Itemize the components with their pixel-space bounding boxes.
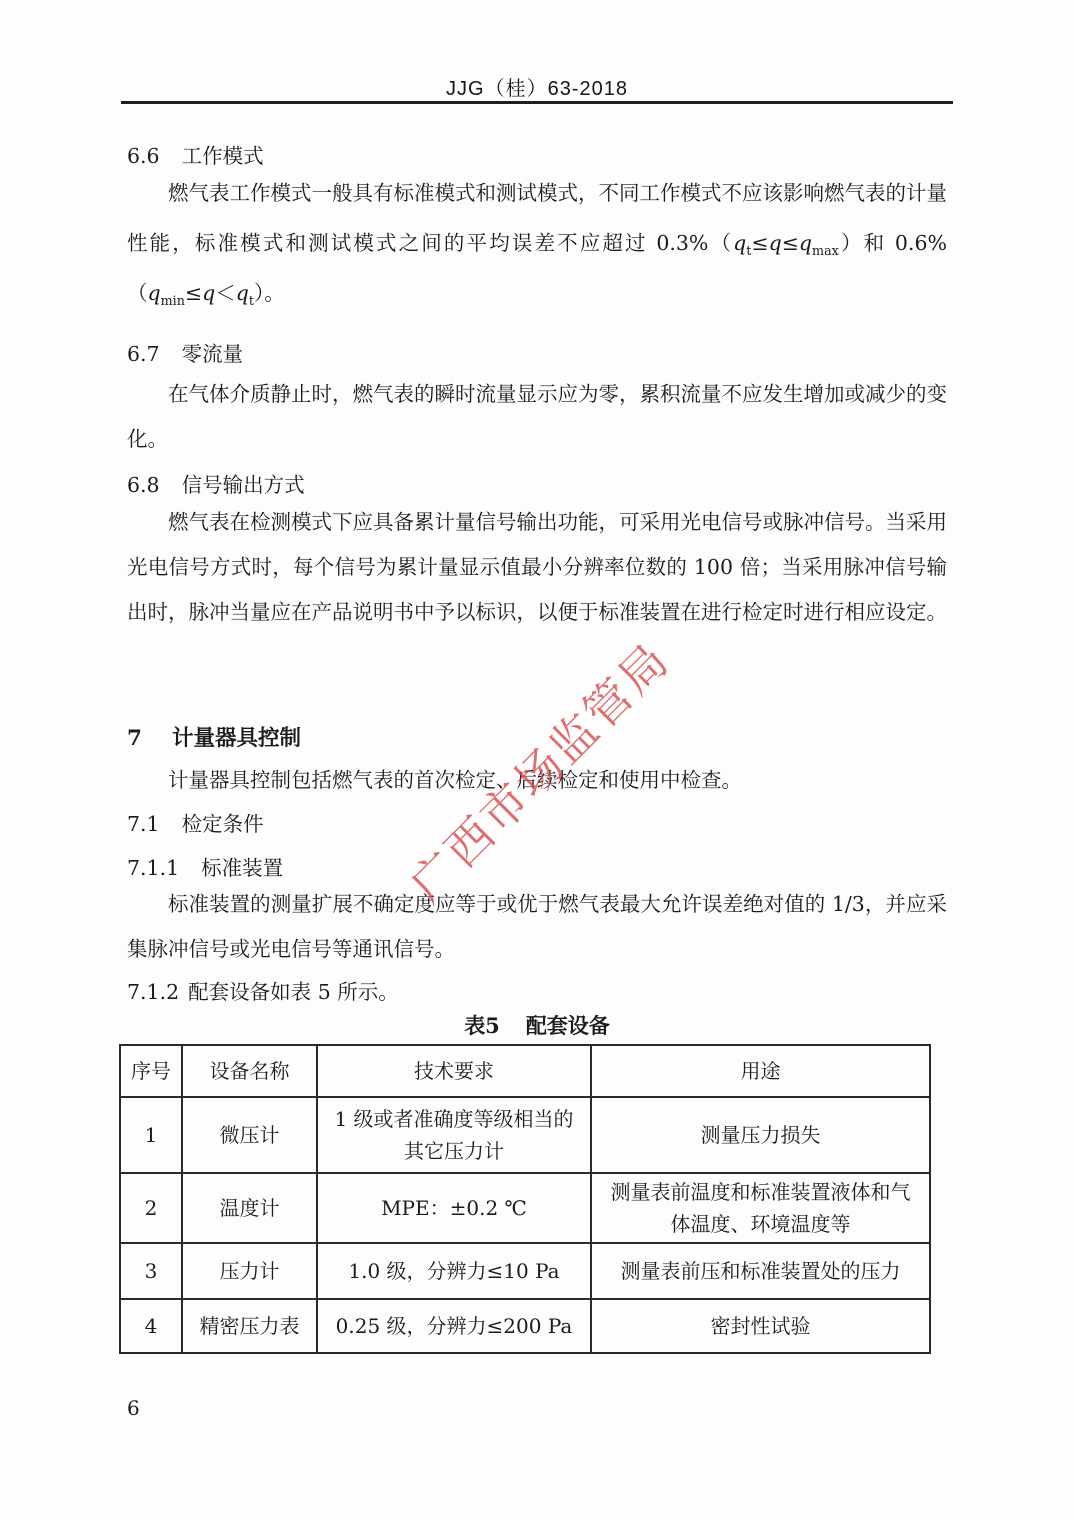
paragraph-7: 计量器具控制包括燃气表的首次检定、后续检定和使用中检查。 [127, 758, 947, 803]
column-header: 设备名称 [182, 1045, 317, 1097]
text-segment: ≤ [782, 231, 799, 255]
formula-variable: q [202, 281, 215, 305]
header-rule [121, 101, 953, 104]
document-page: JJG（桂）63-2018 广西市场监管局 6.6 工作模式 燃气表工作模式一般… [0, 0, 1074, 1520]
column-header: 序号 [120, 1045, 182, 1097]
section-heading-7-1: 7.1 检定条件 [127, 802, 947, 847]
equipment-table: 序号 设备名称 技术要求 用途 1 微压计 1 级或者准确度等级相当的其它压力计… [119, 1044, 931, 1354]
formula-variable: q [769, 231, 782, 255]
section-number: 6.7 [127, 332, 160, 377]
section-number: 7.1 [127, 802, 160, 847]
chapter-number: 7 [127, 716, 142, 761]
cell-tech-requirement: 1.0 级，分辨力≤10 Pa [317, 1243, 591, 1299]
cell-purpose: 测量表前温度和标准装置液体和气体温度、环境温度等 [591, 1173, 930, 1243]
chapter-heading-7: 7 计量器具控制 [127, 716, 947, 761]
cell-purpose: 测量表前压和标准装置处的压力 [591, 1243, 930, 1299]
cell-no: 4 [120, 1299, 182, 1353]
paragraph-6-7: 在气体介质静止时，燃气表的瞬时流量显示应为零，累积流量不应发生增加或减少的变化。 [127, 372, 947, 462]
cell-purpose: 密封性试验 [591, 1299, 930, 1353]
table-row: 3 压力计 1.0 级，分辨力≤10 Pa 测量表前压和标准装置处的压力 [120, 1243, 930, 1299]
formula-variable: q [733, 231, 746, 255]
formula-variable: q [148, 281, 161, 305]
paragraph-6-8: 燃气表在检测模式下应具备累计量信号输出功能，可采用光电信号或脉冲信号。当采用光电… [127, 500, 947, 635]
cell-device-name: 压力计 [182, 1243, 317, 1299]
section-heading-7-1-2: 7.1.2 配套设备如表 5 所示。 [127, 970, 947, 1015]
text-segment: ）。 [254, 281, 285, 305]
section-title: 检定条件 [182, 802, 264, 847]
document-header-title: JJG（桂）63-2018 [0, 72, 1074, 101]
section-title: 配套设备如表 5 所示。 [188, 970, 399, 1015]
cell-purpose: 测量压力损失 [591, 1097, 930, 1173]
text-segment: ≤ [185, 281, 202, 305]
table-row: 4 精密压力表 0.25 级，分辨力≤200 Pa 密封性试验 [120, 1299, 930, 1353]
text-segment: ＜ [215, 281, 236, 305]
table-caption: 表5 配套设备 [127, 1010, 947, 1040]
table-label: 表5 [464, 1010, 500, 1040]
table-header-row: 序号 设备名称 技术要求 用途 [120, 1045, 930, 1097]
section-title: 零流量 [182, 332, 244, 377]
cell-tech-requirement: 0.25 级，分辨力≤200 Pa [317, 1299, 591, 1353]
cell-no: 1 [120, 1097, 182, 1173]
cell-no: 3 [120, 1243, 182, 1299]
formula-subscript: max [812, 243, 839, 258]
page-number: 6 [127, 1396, 140, 1420]
formula-variable: q [799, 231, 812, 255]
cell-tech-requirement: 1 级或者准确度等级相当的其它压力计 [317, 1097, 591, 1173]
table-row: 1 微压计 1 级或者准确度等级相当的其它压力计 测量压力损失 [120, 1097, 930, 1173]
cell-device-name: 微压计 [182, 1097, 317, 1173]
table-title: 配套设备 [526, 1010, 610, 1040]
cell-tech-requirement: MPE：±0.2 ℃ [317, 1173, 591, 1243]
formula-subscript: min [161, 293, 185, 308]
text-segment: ≤ [751, 231, 768, 255]
cell-no: 2 [120, 1173, 182, 1243]
paragraph-6-6: 燃气表工作模式一般具有标准模式和测试模式，不同工作模式不应该影响燃气表的计量性能… [127, 168, 947, 318]
column-header: 用途 [591, 1045, 930, 1097]
column-header: 技术要求 [317, 1045, 591, 1097]
chapter-title: 计量器具控制 [172, 716, 301, 761]
cell-device-name: 温度计 [182, 1173, 317, 1243]
section-heading-6-7: 6.7 零流量 [127, 332, 947, 377]
cell-device-name: 精密压力表 [182, 1299, 317, 1353]
table-row: 2 温度计 MPE：±0.2 ℃ 测量表前温度和标准装置液体和气体温度、环境温度… [120, 1173, 930, 1243]
formula-variable: q [236, 281, 249, 305]
paragraph-7-1-1: 标准装置的测量扩展不确定度应等于或优于燃气表最大允许误差绝对值的 1/3，并应采… [127, 882, 947, 972]
section-number: 7.1.2 [127, 970, 179, 1015]
